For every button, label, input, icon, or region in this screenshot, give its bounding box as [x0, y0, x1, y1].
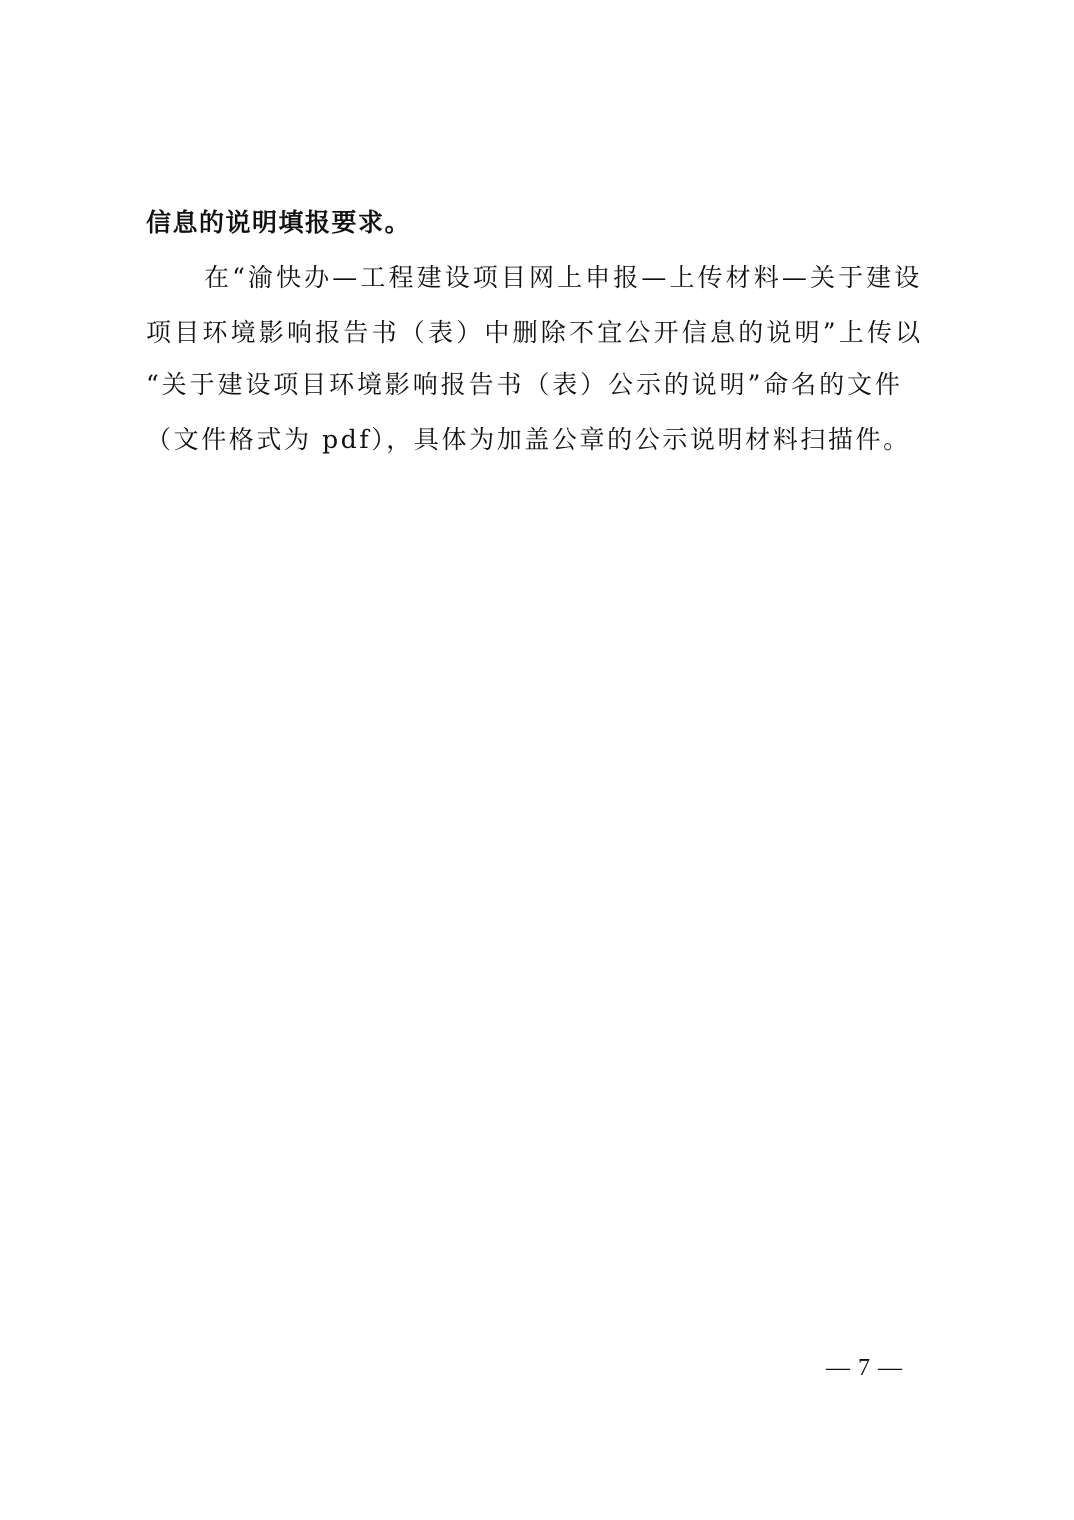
paragraph-line-5: （文件格式为 pdf），具体为加盖公章的公示说明材料扫描件。 — [146, 425, 911, 455]
paragraph-line-3: 项目环境影响报告书（表）中删除不宜公开信息的说明”上传以 — [146, 318, 923, 348]
paragraph-line-4: “关于建设项目环境影响报告书（表）公示的说明”命名的文件 — [146, 370, 903, 400]
paragraph-line-2: 在“渝快办—工程建设项目网上申报—上传材料—关于建设 — [204, 263, 922, 293]
document-page: 信息的说明填报要求。 在“渝快办—工程建设项目网上申报—上传材料—关于建设 项目… — [0, 0, 1074, 1520]
page-number: — 7 — — [826, 1354, 903, 1382]
paragraph-line-1: 信息的说明填报要求。 — [146, 208, 411, 238]
